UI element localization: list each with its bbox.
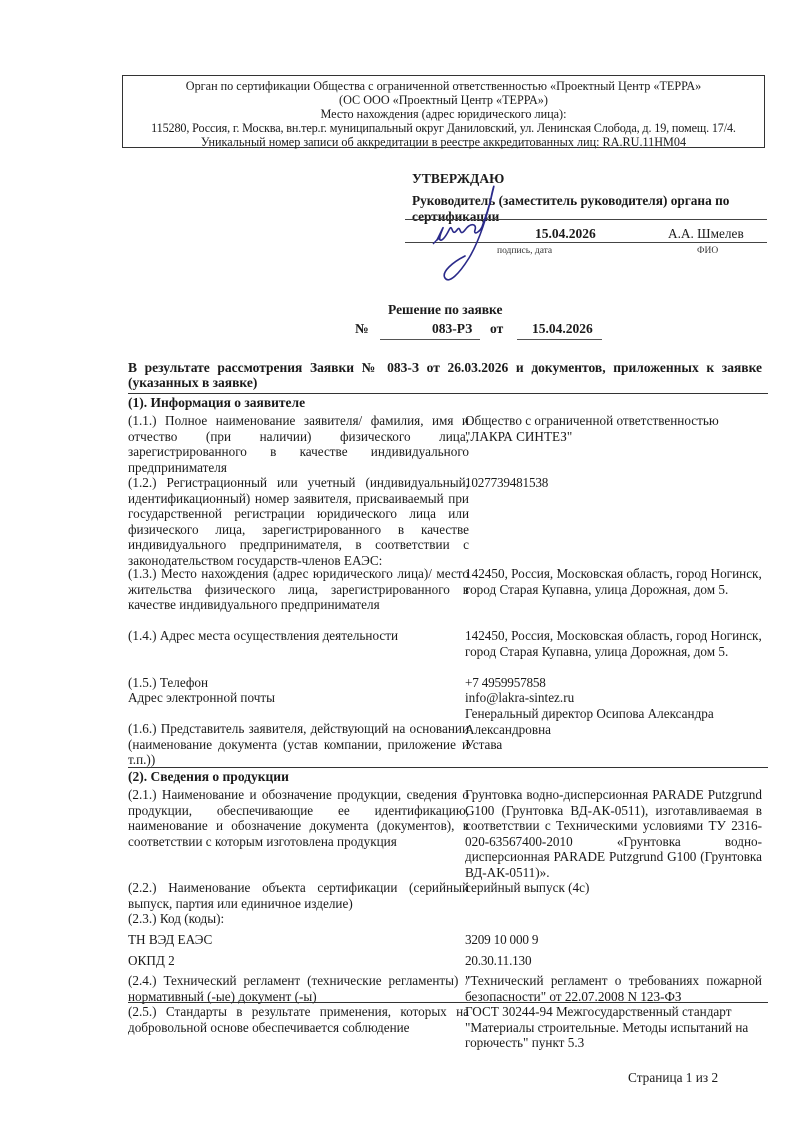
field-value-email: info@lakra-sintez.ru: [465, 690, 762, 706]
field-value-registration-number: 1027739481538: [465, 475, 762, 491]
field-label-2-2: (2.2.) Наименование объекта сертификации…: [128, 880, 469, 911]
field-value-representative: Генеральный директор Осипова Александра …: [465, 706, 762, 737]
section-applicant-title: (1). Информация о заявителе: [128, 395, 305, 411]
approver-name: А.А. Шмелев: [668, 226, 744, 242]
field-label-1-6: (1.6.) Представитель заявителя, действую…: [128, 721, 469, 768]
number-underline: [380, 339, 480, 340]
date-label: от: [490, 321, 503, 337]
field-value-tnved-code: 3209 10 000 9: [465, 932, 762, 948]
field-label-2-1: (2.1.) Наименование и обозначение продук…: [128, 787, 469, 849]
org-short-name: (ОС ООО «Проектный Центр «ТЕРРА»): [123, 93, 764, 107]
decision-title: Решение по заявке: [388, 302, 502, 318]
page-number: Страница 1 из 2: [628, 1070, 718, 1086]
field-value-standards: ГОСТ 30244-94 Межгосударственный стандар…: [465, 1004, 762, 1051]
org-address-label: Место нахождения (адрес юридического лиц…: [123, 107, 764, 121]
org-address: 115280, Россия, г. Москва, вн.тер.г. мун…: [123, 121, 764, 135]
field-label-2-4: (2.4.) Технический регламент (технически…: [128, 973, 469, 1004]
field-value-certification-object: серийный выпуск (4с): [465, 880, 762, 896]
field-label-2-3: (2.3.) Код (коды):: [128, 911, 469, 927]
decision-number: 083-РЗ: [432, 321, 472, 337]
name-caption: ФИО: [697, 244, 718, 260]
signature-icon: [425, 178, 505, 288]
signature-caption: подпись, дата: [497, 244, 552, 260]
field-value-activity-address: 142450, Россия, Московская область, горо…: [465, 628, 762, 659]
field-value-product-name: Грунтовка водно-дисперсионная PARADE Put…: [465, 787, 762, 880]
approval-date: 15.04.2026: [535, 226, 596, 242]
field-value-basis-document: Устава: [465, 737, 762, 753]
field-label-1-4: (1.4.) Адрес места осуществления деятель…: [128, 628, 469, 644]
intro-statement: В результате рассмотрения Заявки № 083-З…: [128, 360, 762, 390]
field-label-email: Адрес электронной почты: [128, 690, 469, 706]
field-value-legal-address: 142450, Россия, Московская область, горо…: [465, 566, 762, 597]
field-label-2-5: (2.5.) Стандарты в результате применения…: [128, 1004, 469, 1035]
org-accreditation: Уникальный номер записи об аккредитации …: [123, 135, 764, 149]
certification-body-header: Орган по сертификации Общества с огранич…: [122, 75, 765, 148]
field-label-1-5: (1.5.) Телефон: [128, 675, 469, 691]
field-label-tnved: ТН ВЭД ЕАЭС: [128, 932, 469, 948]
decision-number-row: № 083-РЗ от 15.04.2026: [355, 321, 615, 343]
date-underline: [517, 339, 602, 340]
field-value-phone: +7 4959957858: [465, 675, 762, 691]
field-value-okpd2-code: 20.30.11.130: [465, 953, 762, 969]
field-value-technical-regulation: "Технический регламент о требованиях пож…: [465, 973, 762, 1004]
field-label-okpd2: ОКПД 2: [128, 953, 469, 969]
org-name: Орган по сертификации Общества с огранич…: [123, 79, 764, 93]
number-label: №: [355, 321, 369, 337]
field-label-1-2: (1.2.) Регистрационный или учетный (инди…: [128, 475, 469, 568]
field-value-applicant-name: Общество с ограниченной ответственностью…: [465, 413, 762, 444]
field-label-1-3: (1.3.) Место нахождения (адрес юридическ…: [128, 566, 469, 613]
decision-date: 15.04.2026: [532, 321, 593, 337]
field-label-1-1: (1.1.) Полное наименование заявителя/ фа…: [128, 413, 469, 475]
section-product-title: (2). Сведения о продукции: [128, 769, 289, 785]
